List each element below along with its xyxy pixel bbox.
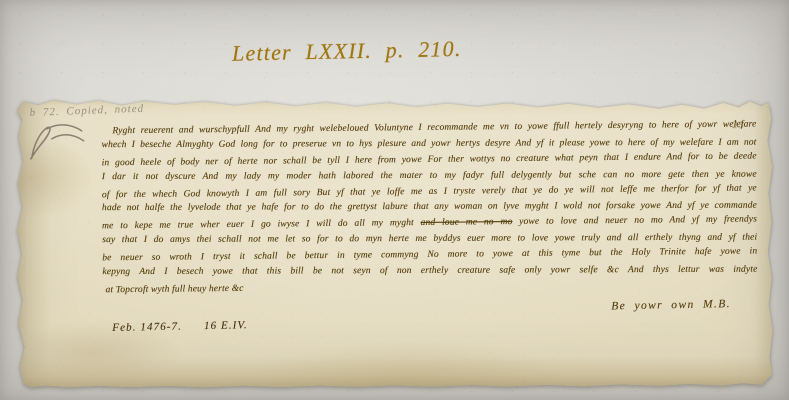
date-label: Feb. 1476-7.	[112, 321, 182, 334]
flourish-monogram-icon	[20, 118, 92, 164]
manuscript-photo: Letter LXXII. p. 210. b 72. Copied, note…	[0, 0, 789, 400]
regnal-year-label: 16 E.IV.	[204, 319, 248, 332]
manuscript-paper: b 72. Copied, noted 23 Ryght reuerent an…	[16, 94, 774, 388]
archivist-pencil-note: b 72. Copied, noted	[29, 103, 144, 119]
signature: Be yowr own M.B.	[611, 298, 731, 312]
date-annotation: Feb. 1476-7.16 E.IV.	[112, 319, 248, 334]
struck-out-text: and loue me no mo	[420, 217, 512, 228]
letter-line-segment: yowe to love and neuer no mo And yf my f…	[512, 215, 757, 228]
manuscript-strip: b 72. Copied, noted 23 Ryght reuerent an…	[16, 95, 773, 387]
collection-title: Letter LXXII. p. 210.	[232, 35, 492, 66]
letter-body: Ryght reuerent and wurschypfull And my r…	[101, 119, 757, 298]
letter-line-segment: me to kepe me true wher euer I go iwyse …	[102, 218, 421, 231]
